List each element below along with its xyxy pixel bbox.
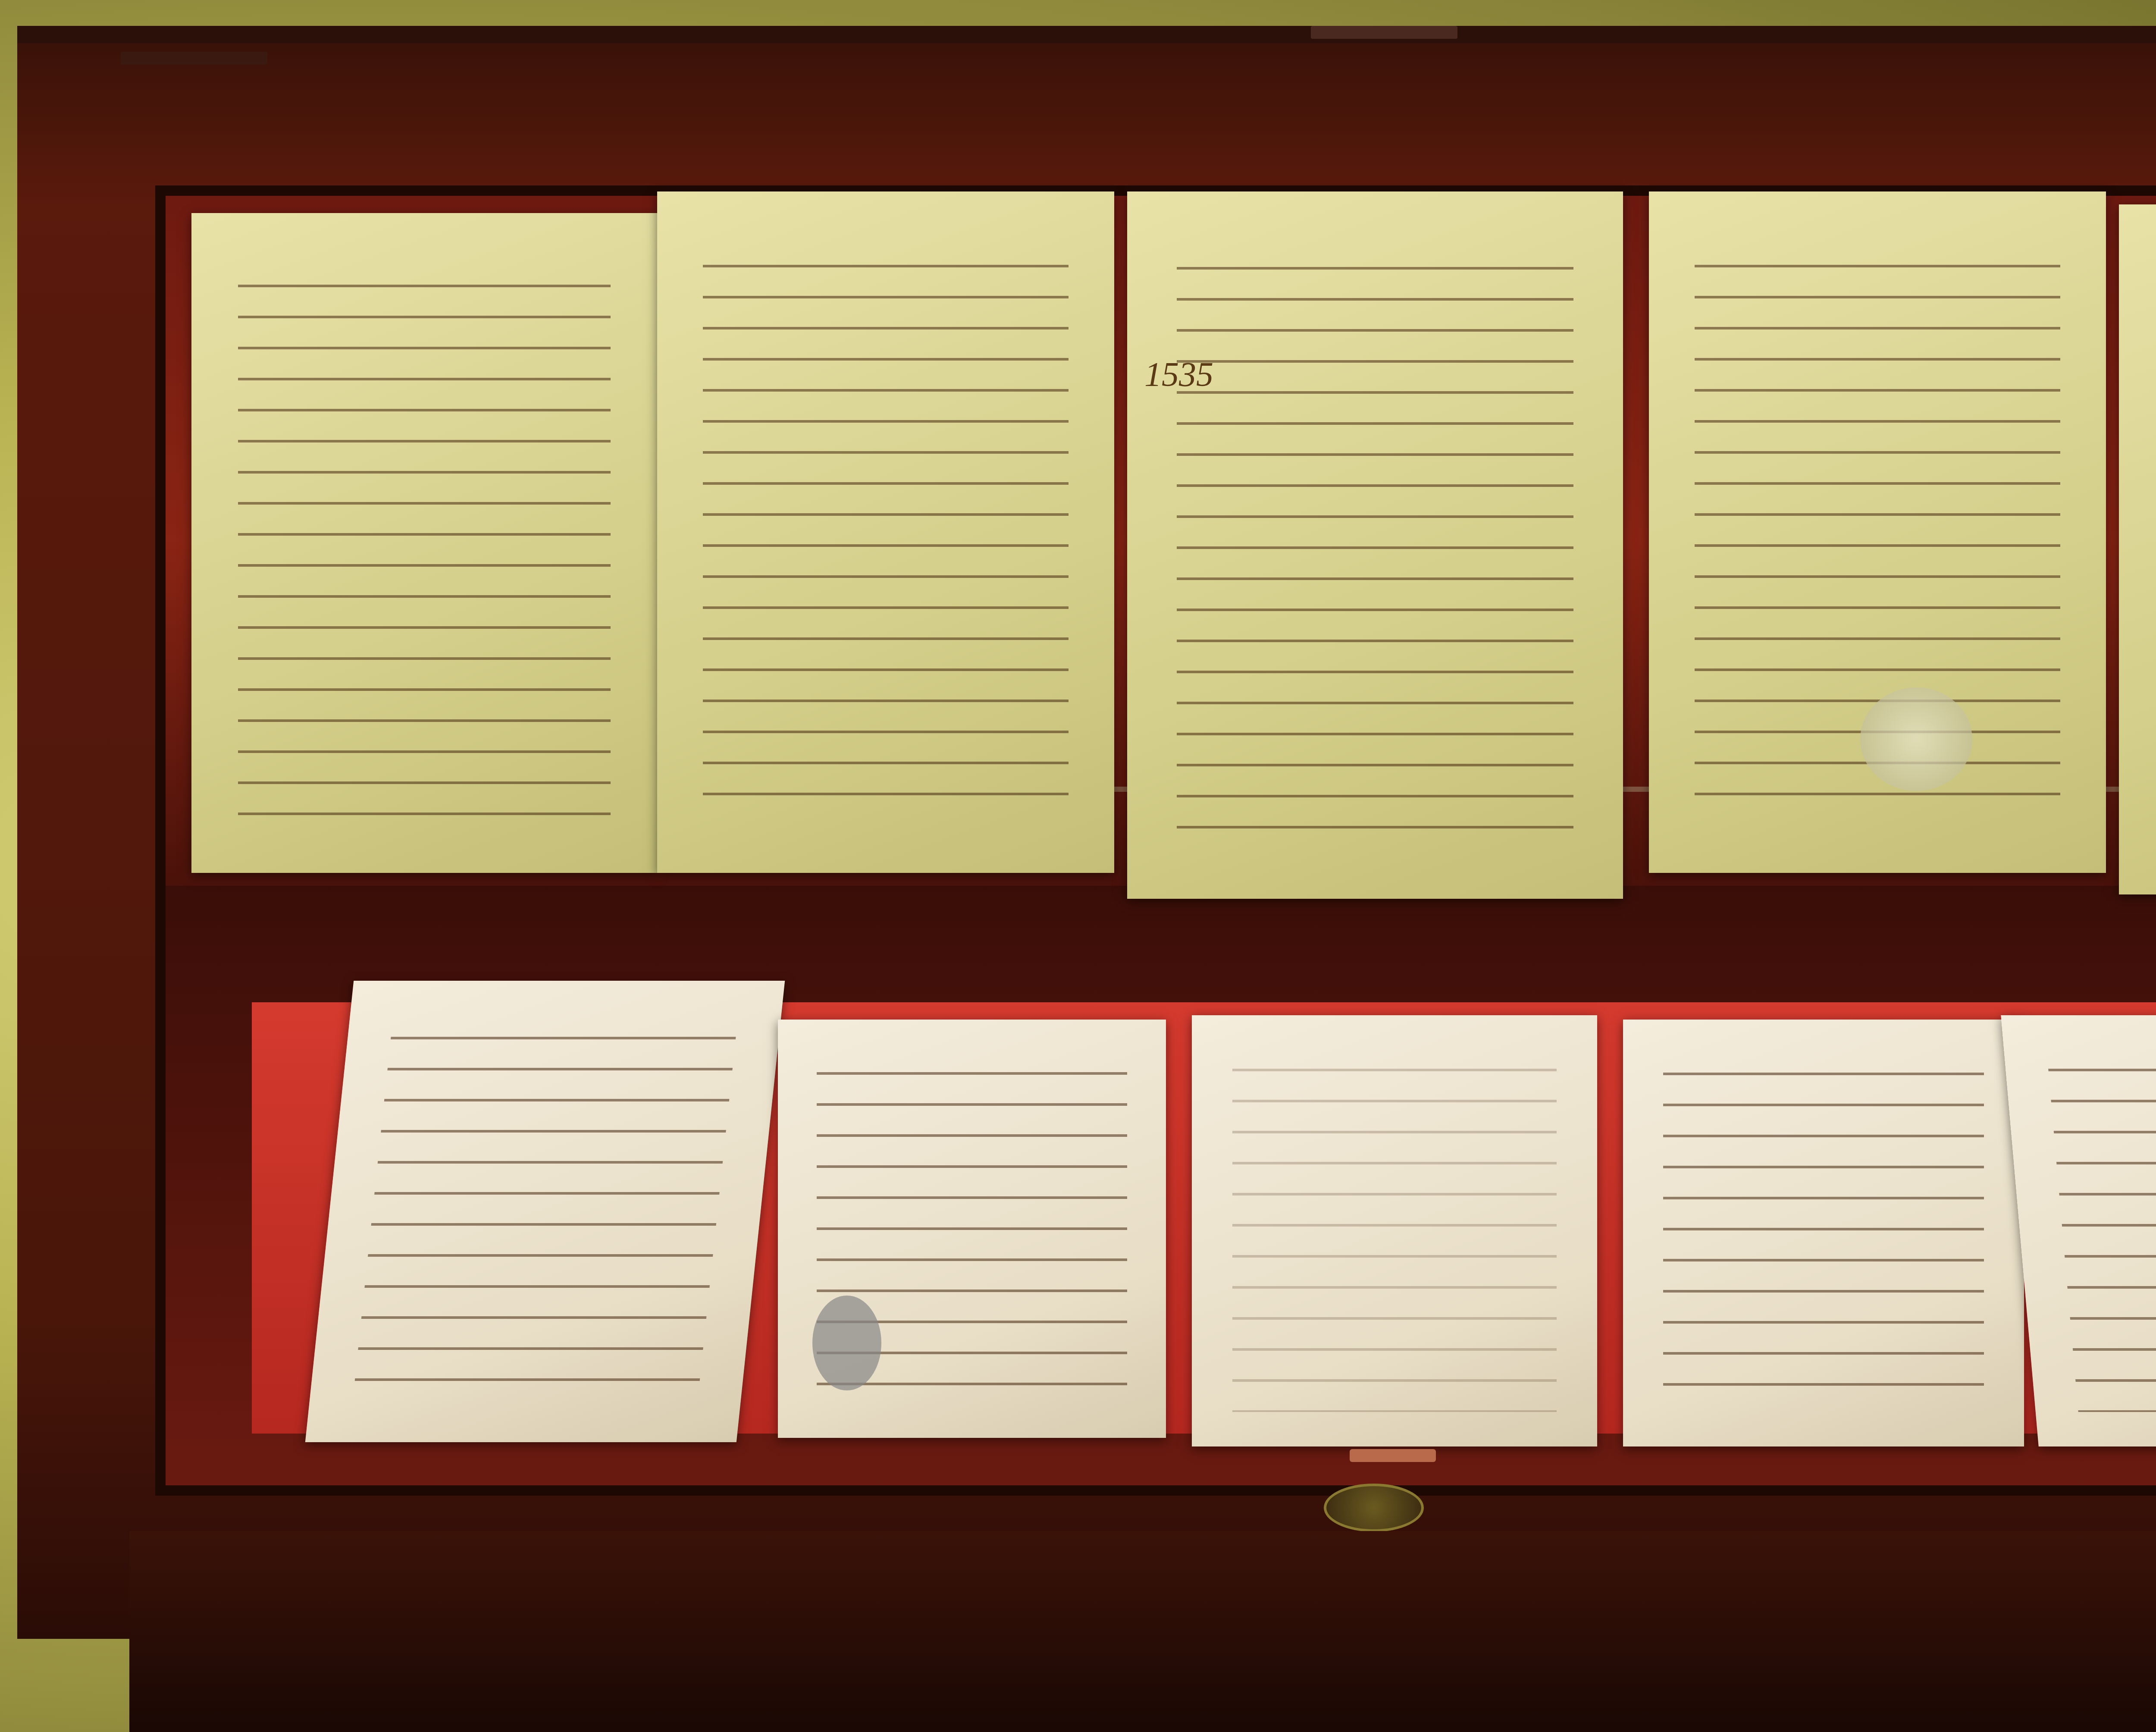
handwriting [703,246,1069,818]
coat-of-arms-stamp [812,1296,881,1390]
letter-bottom-4 [1623,1020,2024,1446]
letter-bottom-2 [778,1020,1166,1438]
keyhole-escutcheon [1324,1484,1424,1532]
manuscript-top-2 [657,191,1114,873]
glass-window: 1535 [155,185,2156,1496]
handwriting [238,266,611,820]
handwriting [2046,1050,2156,1412]
lock-tab [1350,1449,1436,1462]
handwriting [1232,1050,1557,1412]
letter-bottom-3 [1192,1015,1597,1446]
manuscript-top-4 [1649,191,2106,873]
top-hinge [1311,26,1457,39]
letter-bottom-1 [305,981,785,1442]
handwriting [352,1018,738,1406]
handwriting [1663,1054,1984,1412]
cabinet-base [129,1531,2156,1732]
manuscript-top-3: 1535 [1127,191,1623,899]
margin-date: 1535 [1144,355,1213,395]
manuscript-top-5 [2119,204,2156,894]
handwriting [1177,248,1573,842]
left-hinge [121,52,267,65]
seal-impression [1860,687,1972,791]
manuscript-top-1 [191,213,657,873]
